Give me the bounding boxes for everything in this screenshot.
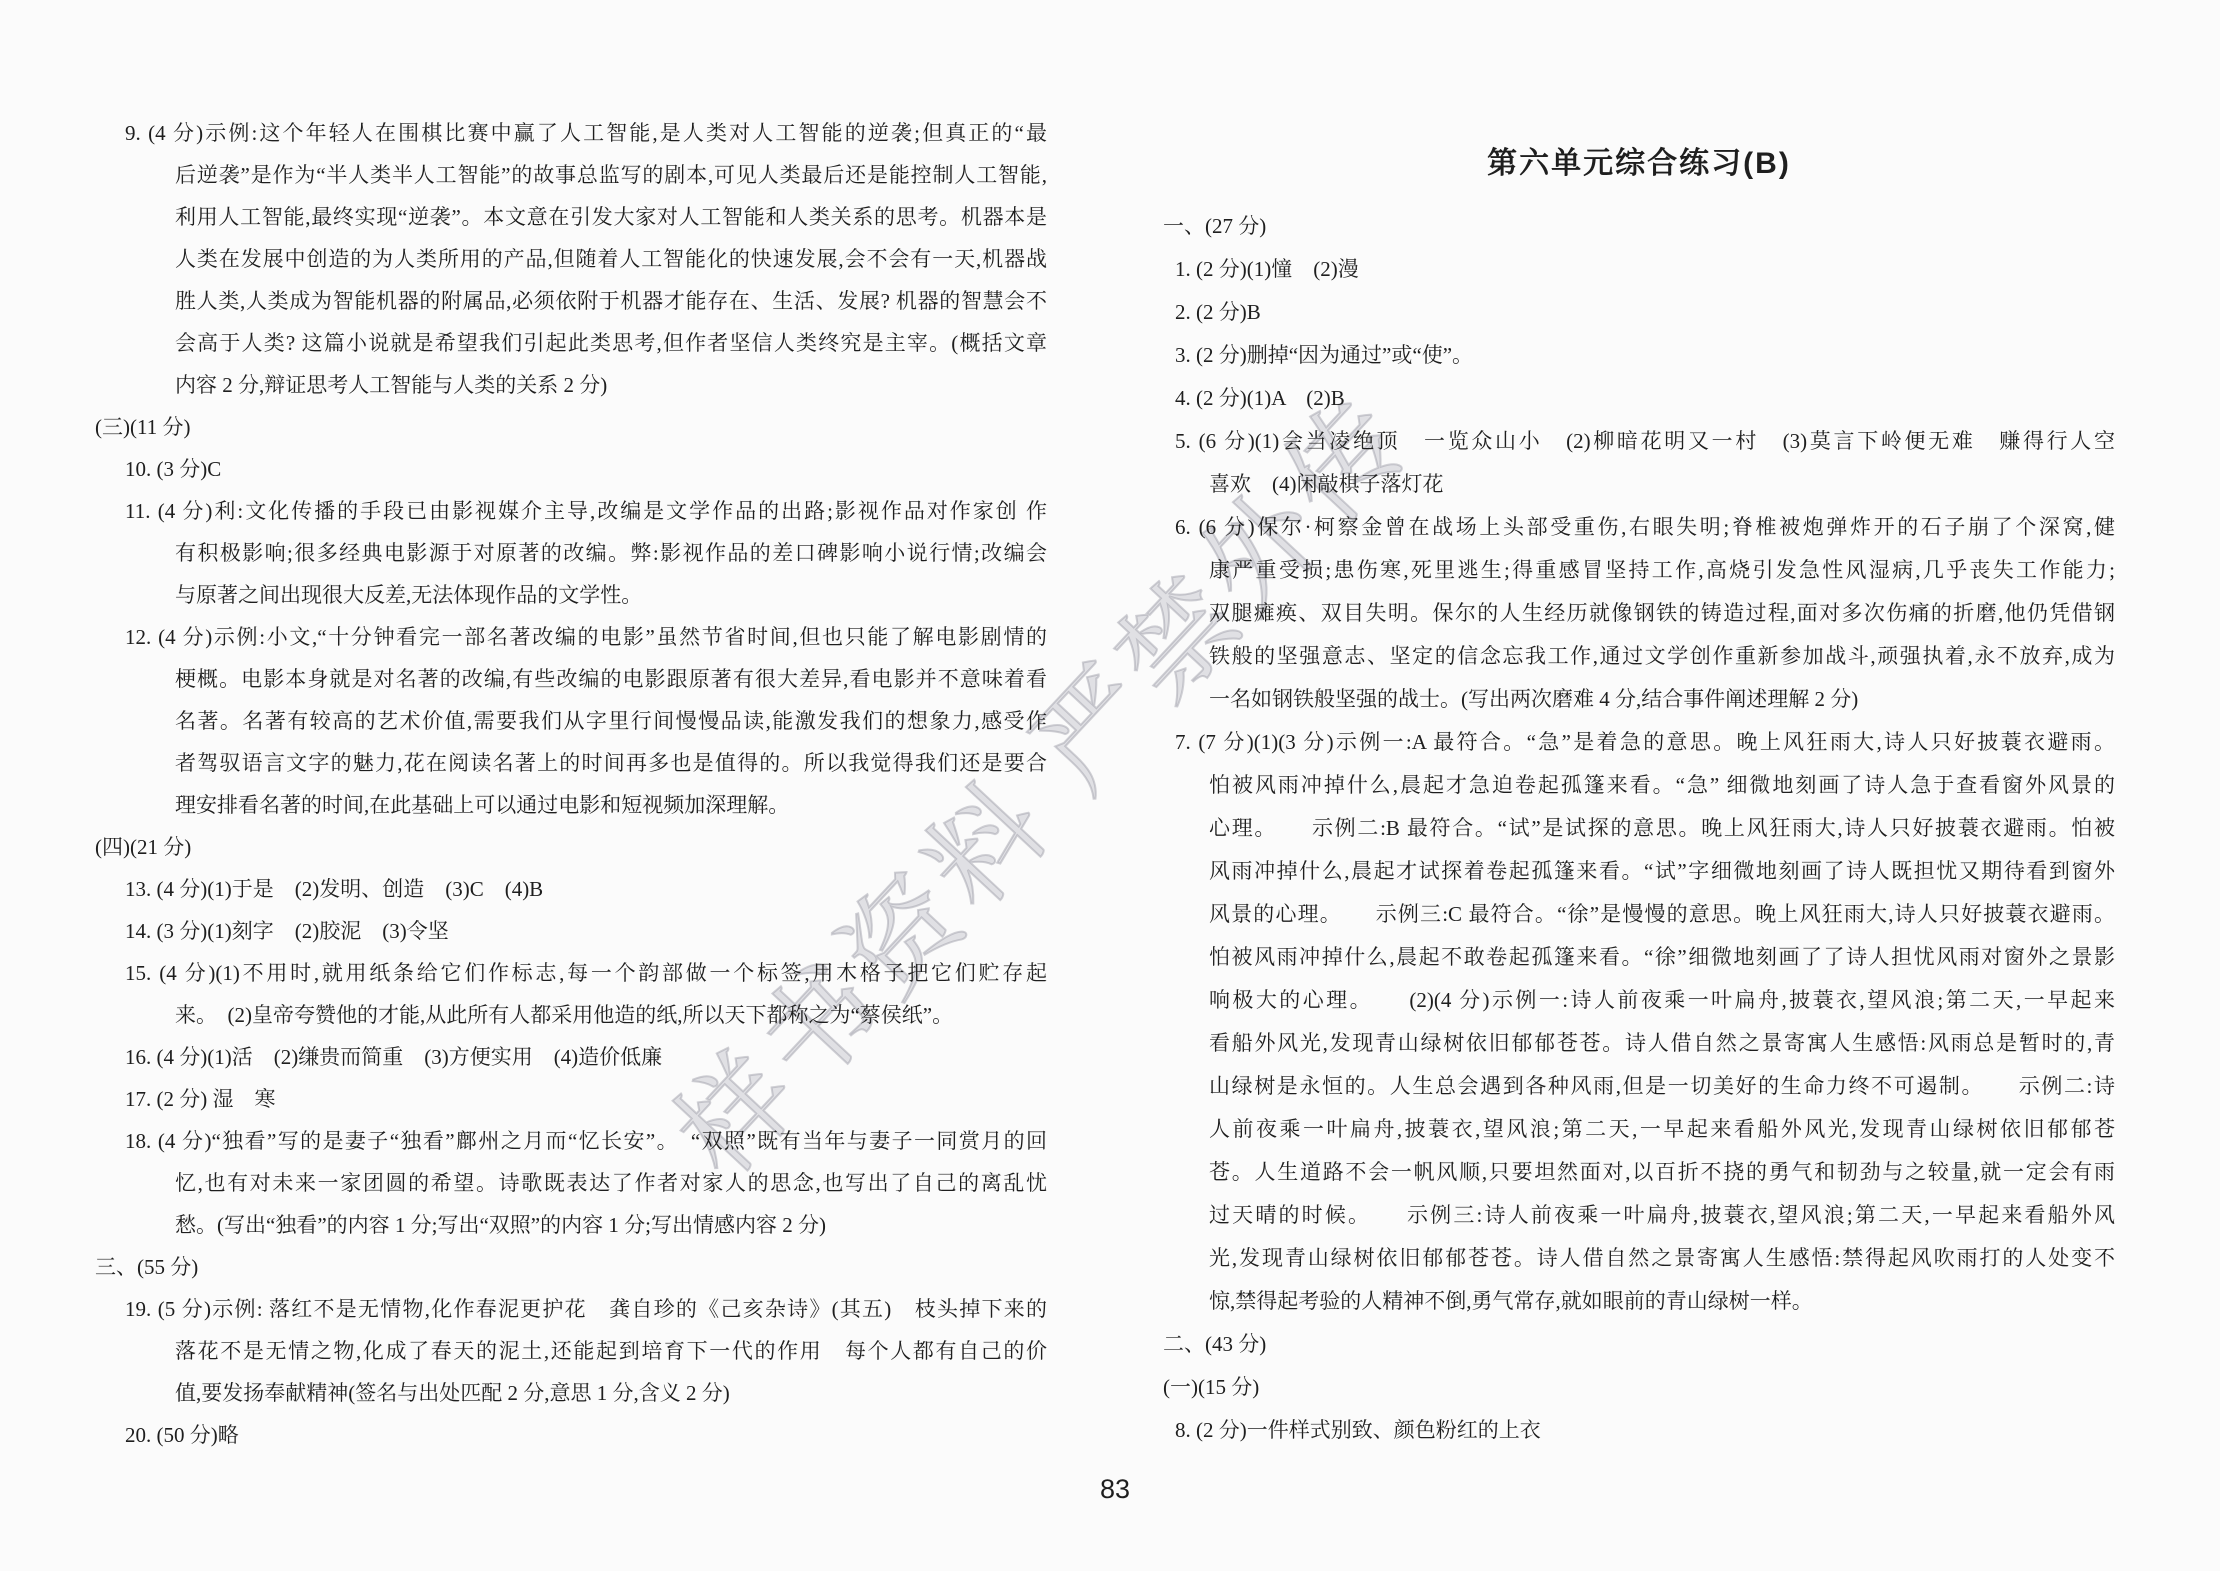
answer-line: 者驾驭语言文字的魅力,花在阅读名著上的时间再多也是值得的。所以我觉得我们还是要合 <box>95 742 1047 784</box>
answer-line: (四)(21 分) <box>95 826 1047 868</box>
answer-line: 人前夜乘一叶扁舟,披蓑衣,望风浪;第二天,一早起来看船外风光,发现青山绿树依旧郁… <box>1163 1108 2115 1151</box>
answer-line: 铁般的坚强意志、坚定的信念忘我工作,通过文学创作重新参加战斗,顽强执着,永不放弃… <box>1163 635 2115 678</box>
answer-line: 二、(43 分) <box>1163 1323 2115 1366</box>
answer-line: 10. (3 分)C <box>95 448 1047 490</box>
answer-line: 响极大的心理。 (2)(4 分)示例一:诗人前夜乘一叶扁舟,披蓑衣,望风浪;第二… <box>1163 979 2115 1022</box>
answer-line: 双腿瘫痪、双目失明。保尔的人生经历就像钢铁的铸造过程,面对多次伤痛的折磨,他仍凭… <box>1163 592 2115 635</box>
answer-line: 18. (4 分)“独看”写的是妻子“独看”鄜州之月而“忆长安”。 “双照”既有… <box>95 1120 1047 1162</box>
answer-line: 三、(55 分) <box>95 1246 1047 1288</box>
right-column: 第六单元综合练习(B) 一、(27 分)1. (2 分)(1)憧 (2)漫2. … <box>1163 142 2115 1452</box>
answer-line: 5. (6 分)(1)会当凌绝顶 一览众山小 (2)柳暗花明又一村 (3)莫言下… <box>1163 420 2115 463</box>
answer-line: 怕被风雨冲掉什么,晨起才急迫卷起孤篷来看。“急” 细微地刻画了诗人急于查看窗外风… <box>1163 764 2115 807</box>
answer-line: 16. (4 分)(1)活 (2)缣贵而简重 (3)方便实用 (4)造价低廉 <box>95 1036 1047 1078</box>
answer-line: 8. (2 分)一件样式别致、颜色粉红的上衣 <box>1163 1409 2115 1452</box>
answer-line: 4. (2 分)(1)A (2)B <box>1163 377 2115 420</box>
answer-line: 喜欢 (4)闲敲棋子落灯花 <box>1163 463 2115 506</box>
answer-line: 人类在发展中创造的为人类所用的产品,但随着人工智能化的快速发展,会不会有一天,机… <box>95 238 1047 280</box>
answer-line: 15. (4 分)(1)不用时,就用纸条给它们作标志,每一个韵部做一个标签,用木… <box>95 952 1047 994</box>
answer-line: 心理。 示例二:B 最符合。“试”是试探的意思。晚上风狂雨大,诗人只好披蓑衣避雨… <box>1163 807 2115 850</box>
answer-line: 风景的心理。 示例三:C 最符合。“徐”是慢慢的意思。晚上风狂雨大,诗人只好披蓑… <box>1163 893 2115 936</box>
answer-line: 理安排看名著的时间,在此基础上可以通过电影和短视频加深理解。 <box>95 784 1047 826</box>
answer-line: 值,要发扬奉献精神(签名与出处匹配 2 分,意思 1 分,含义 2 分) <box>95 1372 1047 1414</box>
answer-line: 看船外风光,发现青山绿树依旧郁郁苍苍。诗人借自然之景寄寓人生感悟:风雨总是暂时的… <box>1163 1022 2115 1065</box>
answer-page: 样书资料 严禁外传 9. (4 分)示例:这个年轻人在围棋比赛中赢了人工智能,是… <box>0 0 2220 1571</box>
left-answer-lines: 9. (4 分)示例:这个年轻人在围棋比赛中赢了人工智能,是人类对人工智能的逆袭… <box>95 112 1047 1456</box>
answer-line: 有积极影响;很多经典电影源于对原著的改编。弊:影视作品的差口碑影响小说行情;改编… <box>95 532 1047 574</box>
answer-line: (一)(15 分) <box>1163 1366 2115 1409</box>
answer-line: 惊,禁得起考验的人精神不倒,勇气常存,就如眼前的青山绿树一样。 <box>1163 1280 2115 1323</box>
answer-line: (三)(11 分) <box>95 406 1047 448</box>
answer-line: 后逆袭”是作为“半人类半人工智能”的故事总监写的剧本,可见人类最后还是能控制人工… <box>95 154 1047 196</box>
answer-line: 与原著之间出现很大反差,无法体现作品的文学性。 <box>95 574 1047 616</box>
answer-line: 12. (4 分)示例:小文,“十分钟看完一部名著改编的电影”虽然节省时间,但也… <box>95 616 1047 658</box>
unit-title: 第六单元综合练习(B) <box>1163 142 2115 185</box>
answer-line: 落花不是无情之物,化成了春天的泥土,还能起到培育下一代的作用 每个人都有自己的价 <box>95 1330 1047 1372</box>
answer-line: 20. (50 分)略 <box>95 1414 1047 1456</box>
answer-line: 过天晴的时候。 示例三:诗人前夜乘一叶扁舟,披蓑衣,望风浪;第二天,一早起来看船… <box>1163 1194 2115 1237</box>
answer-line: 7. (7 分)(1)(3 分)示例一:A 最符合。“急”是着急的意思。晚上风狂… <box>1163 721 2115 764</box>
answer-line: 来。 (2)皇帝夸赞他的才能,从此所有人都采用他造的纸,所以天下都称之为“蔡侯纸… <box>95 994 1047 1036</box>
answer-line: 11. (4 分)利:文化传播的手段已由影视媒介主导,改编是文学作品的出路;影视… <box>95 490 1047 532</box>
answer-line: 光,发现青山绿树依旧郁郁苍苍。诗人借自然之景寄寓人生感悟:禁得起风吹雨打的人处变… <box>1163 1237 2115 1280</box>
answer-line: 怕被风雨冲掉什么,晨起不敢卷起孤篷来看。“徐”细微地刻画了了诗人担忧风雨对窗外之… <box>1163 936 2115 979</box>
page-number: 83 <box>1080 1474 1150 1505</box>
answer-line: 17. (2 分) 湿 寒 <box>95 1078 1047 1120</box>
answer-line: 6. (6 分)保尔·柯察金曾在战场上头部受重伤,右眼失明;脊椎被炮弹炸开的石子… <box>1163 506 2115 549</box>
answer-line: 苍。人生道路不会一帆风顺,只要坦然面对,以百折不挠的勇气和韧劲与之较量,就一定会… <box>1163 1151 2115 1194</box>
answer-line: 梗概。电影本身就是对名著的改编,有些改编的电影跟原著有很大差异,看电影并不意味着… <box>95 658 1047 700</box>
answer-line: 1. (2 分)(1)憧 (2)漫 <box>1163 248 2115 291</box>
answer-line: 利用人工智能,最终实现“逆袭”。本文意在引发大家对人工智能和人类关系的思考。机器… <box>95 196 1047 238</box>
answer-line: 9. (4 分)示例:这个年轻人在围棋比赛中赢了人工智能,是人类对人工智能的逆袭… <box>95 112 1047 154</box>
answer-line: 内容 2 分,辩证思考人工智能与人类的关系 2 分) <box>95 364 1047 406</box>
left-column: 9. (4 分)示例:这个年轻人在围棋比赛中赢了人工智能,是人类对人工智能的逆袭… <box>95 112 1047 1456</box>
answer-line: 愁。(写出“独看”的内容 1 分;写出“双照”的内容 1 分;写出情感内容 2 … <box>95 1204 1047 1246</box>
answer-line: 名著。名著有较高的艺术价值,需要我们从字里行间慢慢品读,能激发我们的想象力,感受… <box>95 700 1047 742</box>
answer-line: 山绿树是永恒的。人生总会遇到各种风雨,但是一切美好的生命力终不可遏制。 示例二:… <box>1163 1065 2115 1108</box>
answer-line: 3. (2 分)删掉“因为通过”或“使”。 <box>1163 334 2115 377</box>
answer-line: 会高于人类? 这篇小说就是希望我们引起此类思考,但作者坚信人类终究是主宰。(概括… <box>95 322 1047 364</box>
answer-line: 13. (4 分)(1)于是 (2)发明、创造 (3)C (4)B <box>95 868 1047 910</box>
answer-line: 14. (3 分)(1)刻字 (2)胶泥 (3)令坚 <box>95 910 1047 952</box>
answer-line: 忆,也有对未来一家团圆的希望。诗歌既表达了作者对家人的思念,也写出了自己的离乱忧 <box>95 1162 1047 1204</box>
answer-line: 一、(27 分) <box>1163 205 2115 248</box>
answer-line: 2. (2 分)B <box>1163 291 2115 334</box>
answer-line: 19. (5 分)示例: 落红不是无情物,化作春泥更护花 龚自珍的《己亥杂诗》(… <box>95 1288 1047 1330</box>
answer-line: 胜人类,人类成为智能机器的附属品,必须依附于机器才能存在、生活、发展? 机器的智… <box>95 280 1047 322</box>
answer-line: 风雨冲掉什么,晨起才试探着卷起孤篷来看。“试”字细微地刻画了诗人既担忧又期待看到… <box>1163 850 2115 893</box>
right-answer-lines: 一、(27 分)1. (2 分)(1)憧 (2)漫2. (2 分)B3. (2 … <box>1163 205 2115 1452</box>
answer-line: 康严重受损;患伤寒,死里逃生;得重感冒坚持工作,高烧引发急性风湿病,几乎丧失工作… <box>1163 549 2115 592</box>
answer-line: 一名如钢铁般坚强的战士。(写出两次磨难 4 分,结合事件阐述理解 2 分) <box>1163 678 2115 721</box>
